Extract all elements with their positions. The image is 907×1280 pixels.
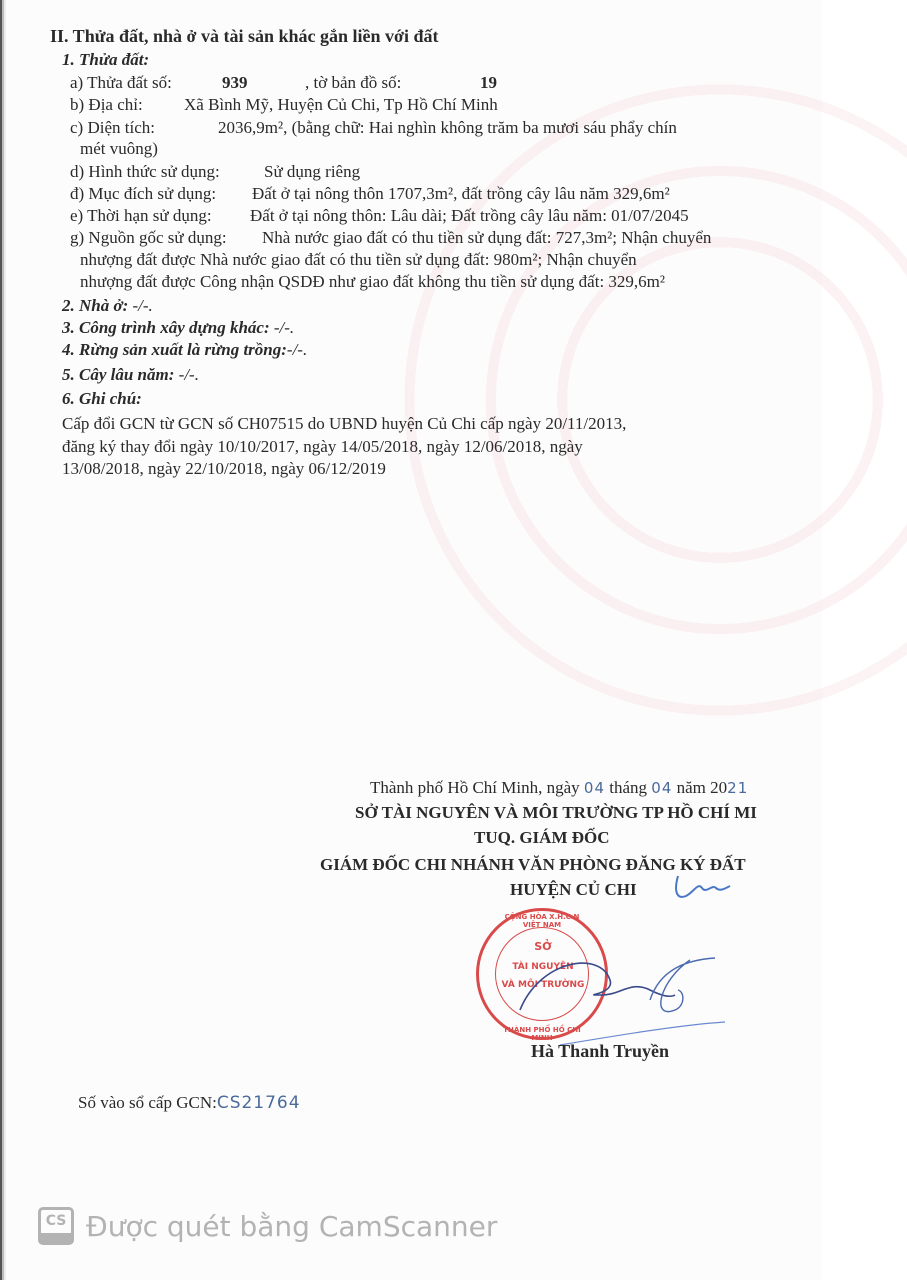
notes-line1: Cấp đổi GCN từ GCN số CH07515 do UBND hu… [62, 414, 626, 434]
signer-name: Hà Thanh Truyền [531, 1041, 669, 1061]
camscanner-logo-icon: CS [38, 1207, 74, 1245]
place-date: Thành phố Hồ Chí Minh, ngày 04 tháng 04 … [370, 778, 748, 798]
forest-row: 4. Rừng sản xuất là rừng trồng:-/-. [62, 340, 307, 360]
date-month: 04 [651, 779, 672, 797]
other-construction-row: 3. Công trình xây dựng khác: -/-. [62, 318, 294, 338]
area-value-cont: mét vuông) [80, 139, 158, 159]
month-label: tháng [609, 778, 647, 797]
usage-term-label: e) Thời hạn sử dụng: [70, 206, 212, 226]
origin-value-cont1: nhượng đất được Nhà nước giao đất có thu… [80, 250, 637, 270]
usage-form-value: Sử dụng riêng [264, 162, 360, 182]
section-title: II. Thửa đất, nhà ở và tài sản khác gắn … [50, 26, 439, 46]
district-name: HUYỆN CỦ CHI [510, 880, 637, 900]
house-label: 2. Nhà ở: [62, 296, 128, 315]
origin-label: g) Nguồn gốc sử dụng: [70, 228, 227, 248]
map-sheet-label: , tờ bản đồ số: [305, 73, 401, 93]
other-construction-value: -/-. [274, 318, 294, 337]
page-edge [0, 0, 6, 1280]
perennial-row: 5. Cây lâu năm: -/-. [62, 365, 199, 385]
usage-form-label: d) Hình thức sử dụng: [70, 162, 220, 182]
house-row: 2. Nhà ở: -/-. [62, 296, 153, 316]
year-label: năm 20 [677, 778, 728, 797]
parcel-label: a) Thửa đất số: [70, 73, 172, 93]
perennial-label: 5. Cây lâu năm: [62, 365, 174, 384]
registry-row: Số vào sổ cấp GCN:CS21764 [78, 1093, 301, 1113]
usage-term-value: Đất ở tại nông thôn: Lâu dài; Đất trồng … [250, 206, 689, 226]
notes-line2: đăng ký thay đổi ngày 10/10/2017, ngày 1… [62, 437, 583, 457]
date-day: 04 [584, 779, 605, 797]
other-construction-label: 3. Công trình xây dựng khác: [62, 318, 270, 337]
on-behalf: TUQ. GIÁM ĐỐC [474, 828, 610, 848]
camscanner-text: Được quét bằng CamScanner [86, 1210, 497, 1243]
perennial-value: -/-. [179, 365, 199, 384]
area-label: c) Diện tích: [70, 118, 155, 138]
origin-value: Nhà nước giao đất có thu tiền sử dụng đấ… [262, 228, 711, 248]
stamp-outer-top: CỘNG HÒA X.H.C.N VIỆT NAM [495, 913, 589, 929]
parcel-number: 939 [222, 73, 248, 93]
date-year-suffix: 21 [727, 779, 748, 797]
forest-value: -/-. [287, 340, 307, 359]
camscanner-watermark: CS Được quét bằng CamScanner [38, 1207, 497, 1245]
notes-label: 6. Ghi chú: [62, 389, 142, 409]
registry-label: Số vào sổ cấp GCN: [78, 1093, 217, 1112]
address-label: b) Địa chỉ: [70, 95, 143, 115]
agency-name: SỞ TÀI NGUYÊN VÀ MÔI TRƯỜNG TP HỒ CHÍ MI [355, 803, 757, 823]
initial-signature-icon [672, 870, 732, 904]
signature-icon [500, 940, 730, 1050]
origin-value-cont2: nhượng đất được Công nhận QSDĐ như giao … [80, 272, 665, 292]
usage-purpose-value: Đất ở tại nông thôn 1707,3m², đất trồng … [252, 184, 670, 204]
place-date-prefix: Thành phố Hồ Chí Minh, ngày [370, 778, 580, 797]
area-value: 2036,9m², (bằng chữ: Hai nghìn không tră… [218, 118, 677, 138]
forest-label: 4. Rừng sản xuất là rừng trồng: [62, 340, 287, 359]
map-sheet-number: 19 [480, 73, 497, 93]
usage-purpose-label: đ) Mục đích sử dụng: [70, 184, 216, 204]
registry-value: CS21764 [217, 1093, 301, 1113]
house-value: -/-. [133, 296, 153, 315]
address-value: Xã Bình Mỹ, Huyện Củ Chi, Tp Hồ Chí Minh [184, 95, 498, 115]
land-heading: 1. Thửa đất: [62, 50, 149, 70]
notes-line3: 13/08/2018, ngày 22/10/2018, ngày 06/12/… [62, 459, 386, 479]
